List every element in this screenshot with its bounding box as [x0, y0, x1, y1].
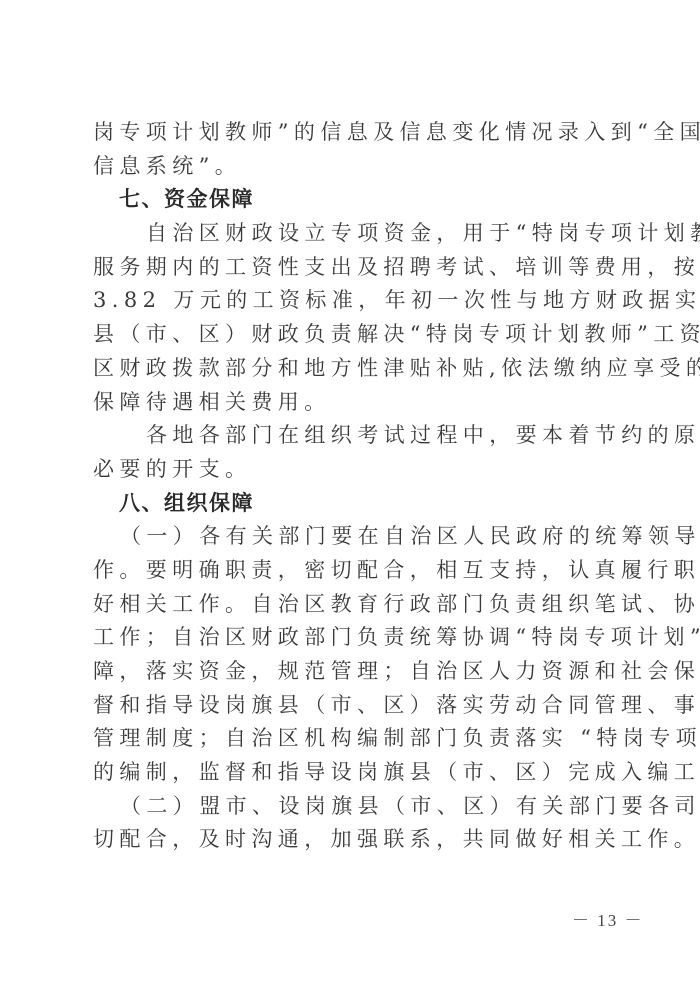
body-line: 管理制度；自治区机构编制部门负责落实 “特岗专项计划教师” — [93, 722, 629, 756]
paragraph-start-line: 自治区财政设立专项资金，用于“特岗专项计划教师”3 年 — [93, 217, 629, 251]
paragraph-start-line: 各地各部门在组织考试过程中，要本着节约的原则，减少不 — [93, 419, 629, 453]
body-line: 好相关工作。自治区教育行政部门负责组织笔试、协调、指导等 — [93, 588, 629, 622]
body-line: 切配合，及时沟通，加强联系，共同做好相关工作。教育行政部 — [93, 823, 629, 857]
section-heading-organization: 八、组织保障 — [93, 487, 629, 521]
body-line: 必要的开支。 — [93, 453, 629, 487]
body-line: 岗专项计划教师”的信息及信息变化情况录入到“全国教师管理 — [93, 116, 629, 150]
body-line: 县（市、区）财政负责解决“特岗专项计划教师”工资高出自治 — [93, 318, 629, 352]
body-line: 作。要明确职责，密切配合，相互支持，认真履行职责，共同做 — [93, 554, 629, 588]
body-line: 区财政拨款部分和地方性津贴补贴,依法缴纳应享受的当地社会 — [93, 352, 629, 386]
body-line: 督和指导设岗旗县（市、区）落实劳动合同管理、事业单位人事 — [93, 689, 629, 723]
body-line: 障，落实资金，规范管理；自治区人力资源和社会保障部门要监 — [93, 655, 629, 689]
page-number: － 13 － — [572, 906, 644, 931]
body-line: 服务期内的工资性支出及招聘考试、培训等费用，按照每人每年 — [93, 251, 629, 285]
body-line: 工作；自治区财政部门负责统筹协调“特岗专项计划”的经费保 — [93, 621, 629, 655]
paragraph-start-line: （一）各有关部门要在自治区人民政府的统筹领导下开展工 — [93, 520, 629, 554]
body-line: 的编制，监督和指导设岗旗县（市、区）完成入编工作。 — [93, 756, 629, 790]
body-line: 保障待遇相关费用。 — [93, 386, 629, 420]
body-line: 3.82 万元的工资标准，年初一次性与地方财政据实结算。设岗旗 — [93, 284, 629, 318]
paragraph-start-line: （二）盟市、设岗旗县（市、区）有关部门要各司其责，密 — [93, 790, 629, 824]
body-line: 信息系统”。 — [93, 150, 629, 184]
document-page: 岗专项计划教师”的信息及信息变化情况录入到“全国教师管理 信息系统”。 七、资金… — [93, 116, 629, 857]
section-heading-funding: 七、资金保障 — [93, 183, 629, 217]
